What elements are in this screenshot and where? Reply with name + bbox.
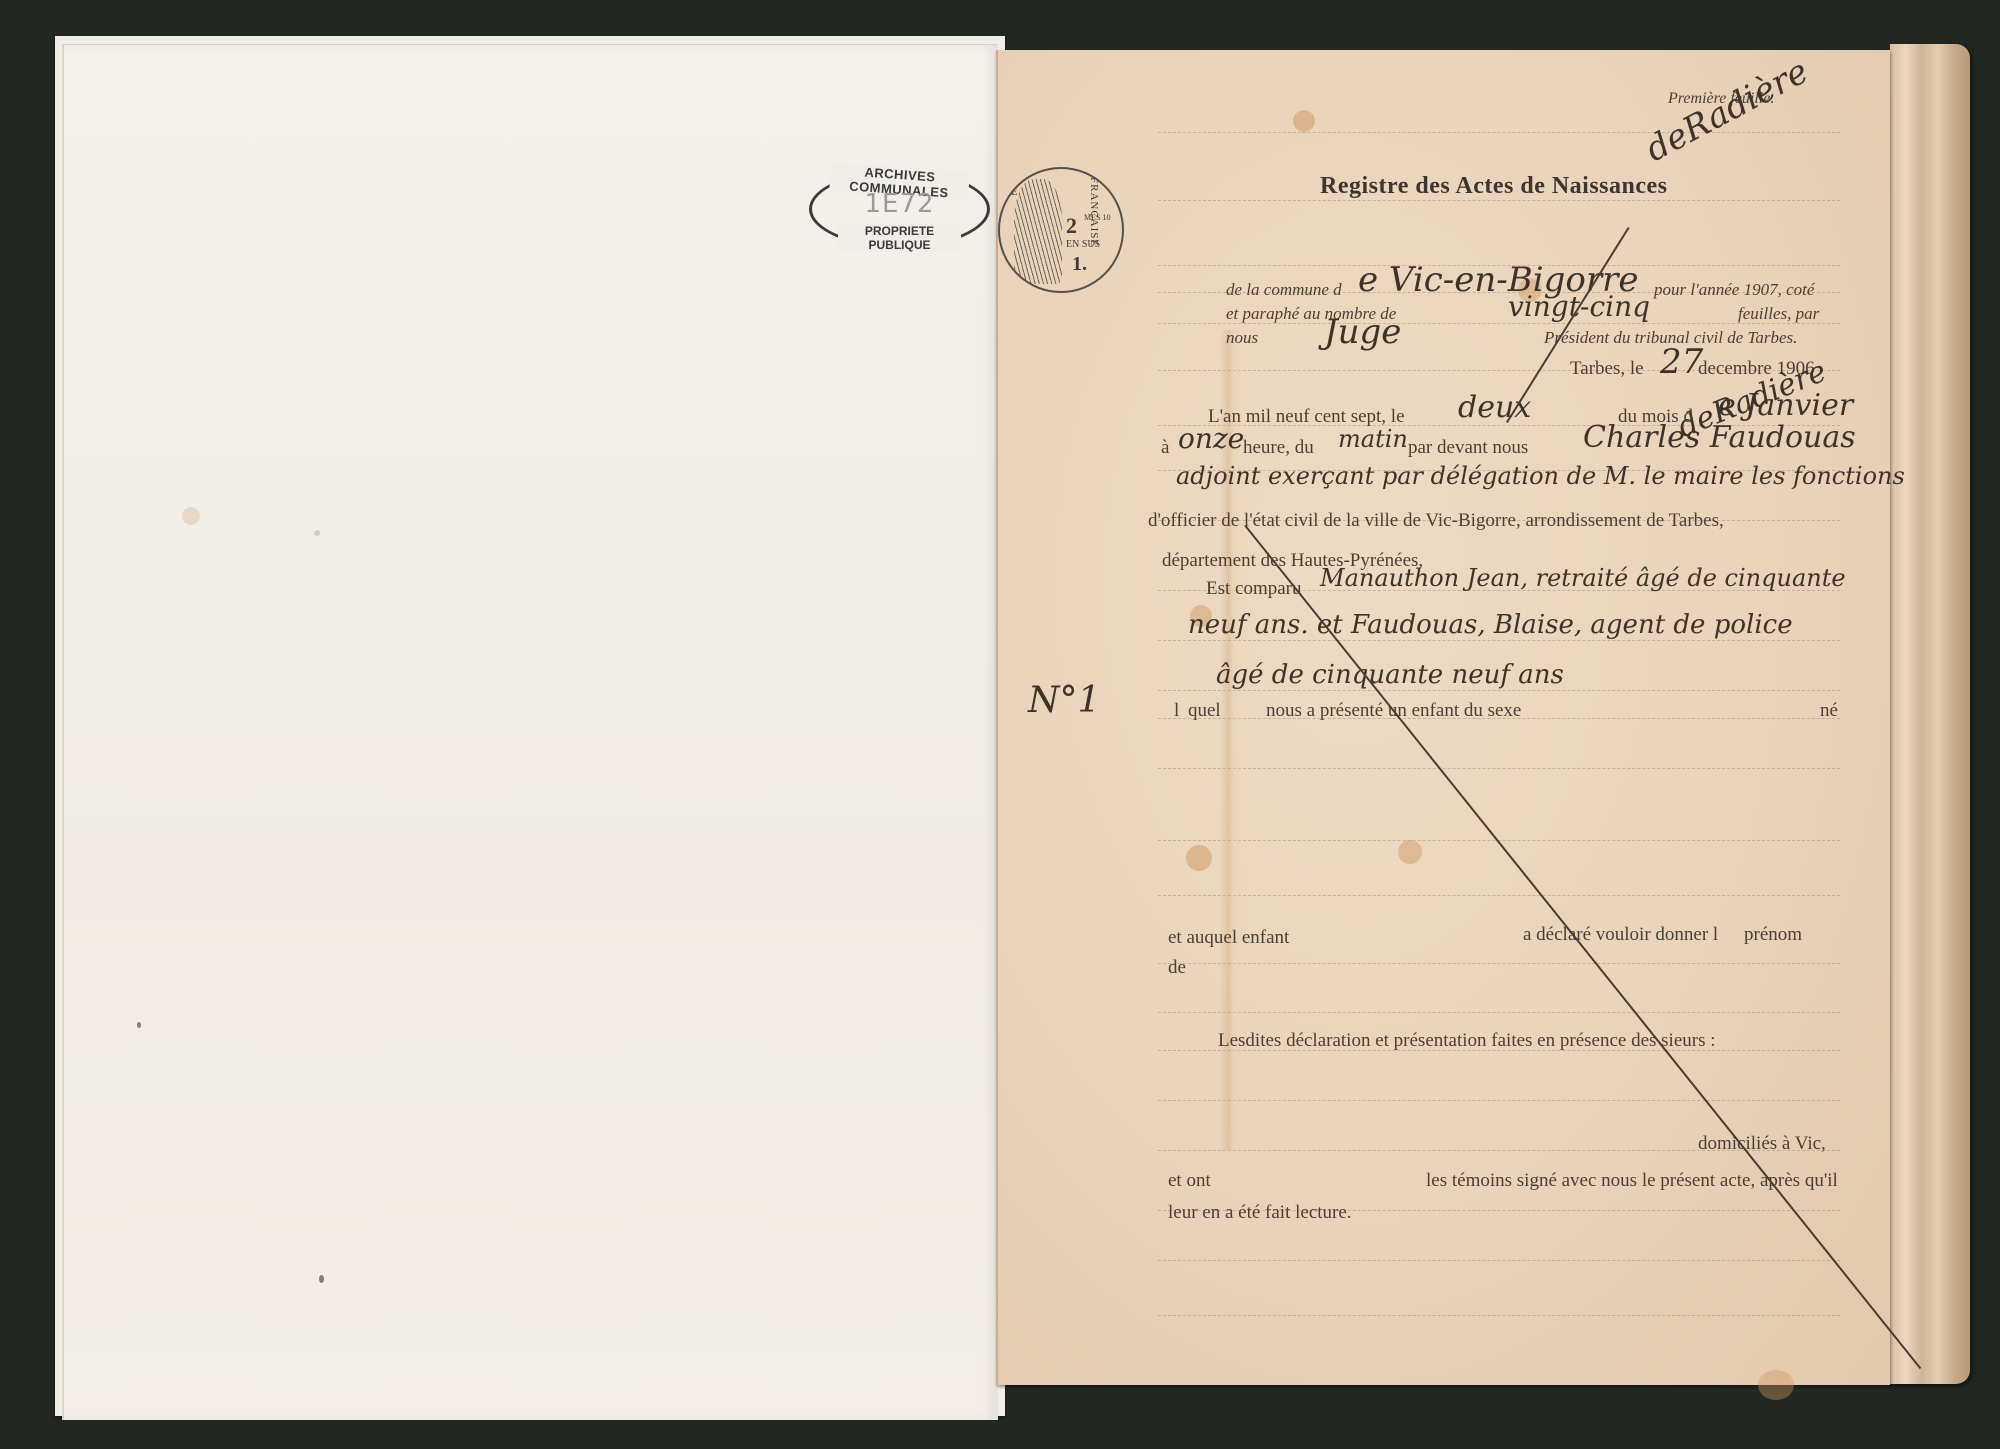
act-line9-d: né (1820, 700, 1838, 722)
signature-flourish (1506, 227, 1629, 423)
act-line2-prefix: à (1161, 437, 1169, 459)
act-line4: d'officier de l'état civil de la ville d… (1148, 510, 1724, 532)
register-page: Première feuille. deRadière Registre des… (996, 50, 1890, 1385)
act-line6-prefix: Est comparu (1206, 578, 1302, 600)
act-line14-a: et ont (1168, 1170, 1211, 1192)
archives-stamp: ARCHIVES COMMUNALES 1E72 PROPRIETE PUBLI… (809, 170, 990, 248)
act-line2-mid: heure, du (1243, 437, 1314, 459)
act-officer-role: adjoint exerçant par délégation de M. le… (1176, 462, 1905, 490)
cert-date-day: 27 (1660, 342, 1703, 382)
act-line10-a: et auquel enfant (1168, 927, 1289, 949)
stamp-franc: 1. (1072, 253, 1087, 276)
foxing-spot (1398, 840, 1422, 864)
ruled-line (1158, 1100, 1840, 1101)
ruled-line (1158, 768, 1840, 769)
cert-line3-prefix: nous (1226, 328, 1258, 348)
act-line9-b: quel (1188, 700, 1221, 722)
register-title: Registre des Actes de Naissances (1320, 173, 1668, 200)
cert-line2-suffix: feuilles, par (1738, 304, 1819, 324)
act-line15: leur en a été fait lecture. (1168, 1202, 1352, 1224)
cert-judge: Juge (1324, 312, 1401, 352)
act-line10-b: a déclaré vouloir donner l (1523, 924, 1718, 946)
foxing-spot (319, 1275, 324, 1283)
cancellation-line (1244, 525, 1921, 1369)
act-line10-c: prénom (1744, 924, 1802, 946)
act-line11: de (1168, 957, 1186, 979)
left-guard-page: ARCHIVES COMMUNALES 1E72 PROPRIETE PUBLI… (62, 44, 998, 1420)
cert-date-prefix: Tarbes, le (1570, 358, 1644, 380)
foxing-spot (314, 530, 320, 536)
ruled-line (1158, 963, 1840, 964)
act-officer-name: Charles Faudouas (1583, 420, 1856, 455)
ruled-line (1158, 1260, 1840, 1261)
ruled-line (1158, 690, 1840, 691)
page-edges-stack (1890, 44, 1970, 1384)
act-day: deux (1458, 390, 1531, 425)
stamp-en-sus: EN SUS (1066, 239, 1100, 250)
act-month: e Janvier (1718, 388, 1853, 423)
act-declarant-end: âgé de cinquante neuf ans (1216, 660, 1564, 690)
foxing-spot (1758, 1370, 1794, 1400)
act-line13: domiciliés à Vic, (1698, 1133, 1826, 1155)
act-hour: onze (1178, 422, 1244, 455)
ruled-line (1158, 200, 1840, 201)
act-line2-suffix: par devant nous (1408, 437, 1528, 459)
fiscal-stamp: UE FRANÇAISE 2 MES 10 EN SUS 1. (998, 167, 1124, 293)
act-line9-a: l (1174, 700, 1179, 722)
stamp-value: 2 (1066, 213, 1077, 239)
act-period: matin (1338, 425, 1408, 453)
foxing-spot (1186, 845, 1212, 871)
stamp-bottom-text: PROPRIETE PUBLIQUE (838, 224, 961, 252)
ruled-line (1158, 1315, 1840, 1316)
stamp-call-number: 1E72 (812, 189, 987, 219)
cert-line1-suffix: pour l'année 1907, coté (1654, 280, 1814, 300)
foxing-spot (1293, 110, 1315, 132)
ruled-line (1158, 1012, 1840, 1013)
act-declarant-cont: neuf ans. et Faudouas, Blaise, agent de … (1188, 610, 1793, 640)
stamp-cents: MES 10 (1084, 213, 1110, 222)
signature-top: deRadière (1639, 51, 1815, 170)
foxing-spot (182, 507, 200, 525)
cert-line1-prefix: de la commune d (1226, 280, 1342, 300)
act-line12: Lesdites déclaration et présentation fai… (1218, 1030, 1716, 1052)
ruled-line (1158, 895, 1840, 896)
act-declarant: Manauthon Jean, retraité âgé de cinquant… (1320, 564, 1846, 592)
ruled-line (1158, 132, 1840, 133)
marianne-figure-icon (1014, 179, 1062, 284)
stamp-arc-left: UE (1004, 187, 1017, 198)
ruled-line (1158, 640, 1840, 641)
entry-number: N°1 (1028, 680, 1100, 721)
foxing-spot (137, 1022, 141, 1028)
